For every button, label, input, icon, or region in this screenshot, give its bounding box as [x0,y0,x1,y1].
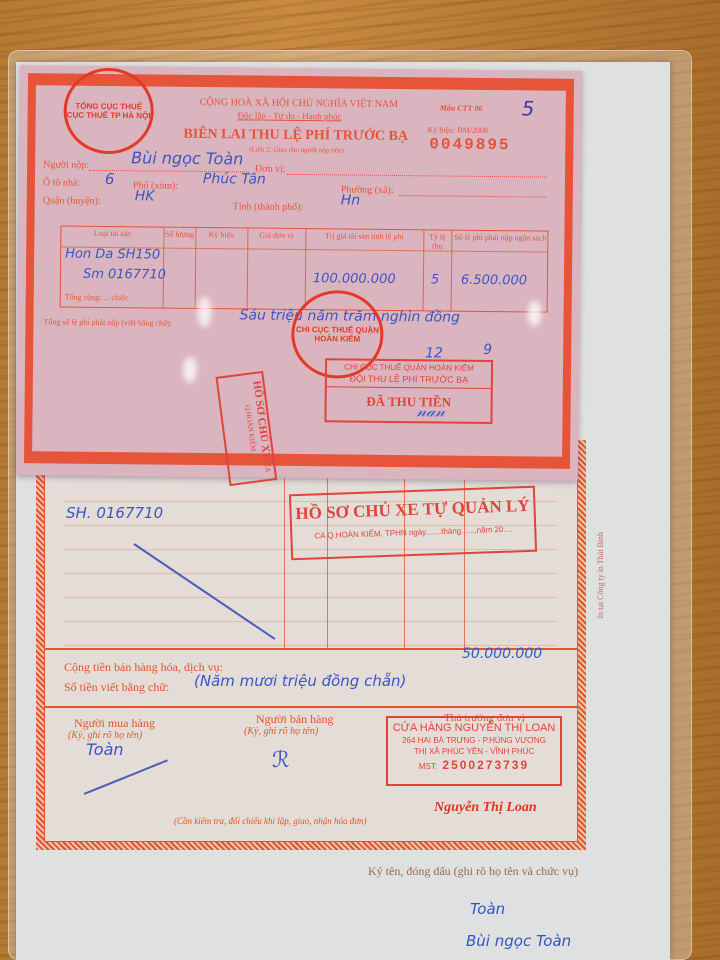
handwritten-name: Bùi ngọc Toàn [466,932,571,950]
amount-words-value: (Năm mươi triệu đồng chẵn) [194,672,406,690]
collector-signature: 𝓃𝒶𝓃 [416,401,445,421]
handwritten-signature: Toàn [470,900,505,918]
city-label: Tỉnh (thành phố): [233,201,304,213]
corner-mark: 5 [522,96,535,120]
asset-value-row: Hon Da SH150 [65,247,160,263]
shop-address-2: THỊ XÃ PHÚC YÊN - VĨNH PHÚC [388,747,560,756]
tax-code: 2500273739 [442,758,529,772]
asset-table: Loại tài sản Số lượng Ký hiệu Giá đơn vị… [60,225,549,312]
seller-signature: ℛ [272,748,290,773]
owner-stamp-subtitle: CA Q.HOÀN KIẾM, TPHN ngày.......tháng...… [292,524,534,541]
payer-label: Người nộp: [43,159,89,170]
col-rate: Tỷ lệ thu [423,232,451,250]
collected-stamp-line3: ĐÃ THU TIỀN [327,393,491,411]
fee-collected-stamp: CHI CỤC THUẾ QUẬN HOÀN KIẾM ĐỘI THU LỆ P… [324,358,493,424]
country-header: CỘNG HOÀ XÃ HỘI CHỦ NGHĨA VIỆT NAM [200,97,398,110]
seller-note: (Ký, ghi rõ họ tên) [244,726,318,737]
invoice-footer-note: (Cần kiểm tra, đối chiếu khi lập, giao, … [174,816,367,826]
invoice-total-value: 50.000.000 [462,646,542,662]
district-value: HK [135,188,155,204]
round-stamp-text: TỔNG CỤC THUẾ CỤC THUẾ TP HÀ NỘI [67,102,151,121]
col-asset-value: Trị giá tài sản tính lệ phí [305,231,423,241]
sales-invoice: SH. 0167710 HỒ SƠ CHỦ XE TỰ QUẢN LÝ CA Q… [36,440,586,850]
receipt-title: BIÊN LAI THU LỆ PHÍ TRƯỚC BẠ [183,127,408,145]
fee-value: 6.500.000 [461,273,527,289]
house-no-label: Ô tô nhà: [43,177,80,188]
seller-label: Người bán hàng [256,712,334,727]
registration-fee-receipt: TỔNG CỤC THUẾ CỤC THUẾ TP HÀ NỘI CỘNG HO… [16,65,582,481]
rate-value: 5 [431,272,439,287]
total-label: Tổng cộng: ... chiếc [65,293,129,303]
owner-managed-stamp: HỒ SƠ CHỦ XE TỰ QUẢN LÝ CA Q.HOÀN KIẾM, … [289,486,537,561]
col-code: Ký hiệu [195,230,247,240]
invoice-divider [44,706,578,708]
col-asset-type: Loại tài sản [61,229,163,239]
buyer-label: Người mua hàng [74,716,155,731]
invoice-column-divider [284,478,285,648]
receipt-number: 0049895 [429,135,510,154]
owner-stamp-title: HỒ SƠ CHỦ XE TỰ QUẢN LÝ [291,496,534,524]
amount-words-label: Số tiền viết bằng chữ: [64,680,169,695]
motto: Độc lập - Tự do - Hạnh phúc [238,110,342,121]
collected-stamp-line2: ĐỘI THU LỆ PHÍ TRƯỚC BẠ [327,373,491,389]
handwritten-frame-number: SH. 0167710 [66,504,163,522]
shop-address-1: 264 HAI BÀ TRƯNG - P.HÙNG VƯƠNG [388,736,560,745]
house-no-value: 6 [105,170,115,188]
city-value: Hn [341,192,361,208]
buyer-signature: Toàn [86,740,124,759]
shop-name: CỬA HÀNG NGUYỄN THỊ LOAN [388,722,560,734]
asset-value: 100.000.000 [313,271,396,287]
date-month: 9 [483,342,492,358]
street-value: Phúc Tân [203,171,266,188]
printer-margin-text: In tại Công ty in Thái Bình [596,532,605,619]
payer-value: Bùi ngọc Toàn [131,148,243,168]
col-quantity: Số lượng [163,230,195,239]
district-label: Quận (huyện): [43,195,101,207]
form-code: Mẫu CTT 06 [440,103,483,112]
frame-number: Sm 0167710 [83,267,166,283]
col-fee: Số lệ phí phải nộp ngân sách [451,233,549,243]
signer-name: Nguyễn Thị Loan [434,800,537,816]
series-label: Ký hiệu: BM/2008 [427,125,488,135]
tax-department-round-stamp: TỔNG CỤC THUẾ CỤC THUẾ TP HÀ NỘI [63,68,154,155]
collected-stamp-line1: CHI CỤC THUẾ QUẬN HOÀN KIẾM [327,362,491,373]
signature-label: Ký tên, đóng dấu (ghi rõ họ tên và chức … [368,864,578,879]
amount-words-label: Tổng số lệ phí phải nộp (viết bằng chữ): [43,317,172,327]
round-stamp-mid-text: CHI CỤC THUẾ QUẬN HOÀN KIẾM [294,325,380,344]
copy-note: (Liên 2: Giao cho người nộp tiền) [249,145,344,154]
col-unit-price: Giá đơn vị [247,230,305,240]
tax-code-label: MST: [419,762,437,771]
shop-stamp: CỬA HÀNG NGUYỄN THỊ LOAN 264 HAI BÀ TRƯN… [386,716,562,786]
